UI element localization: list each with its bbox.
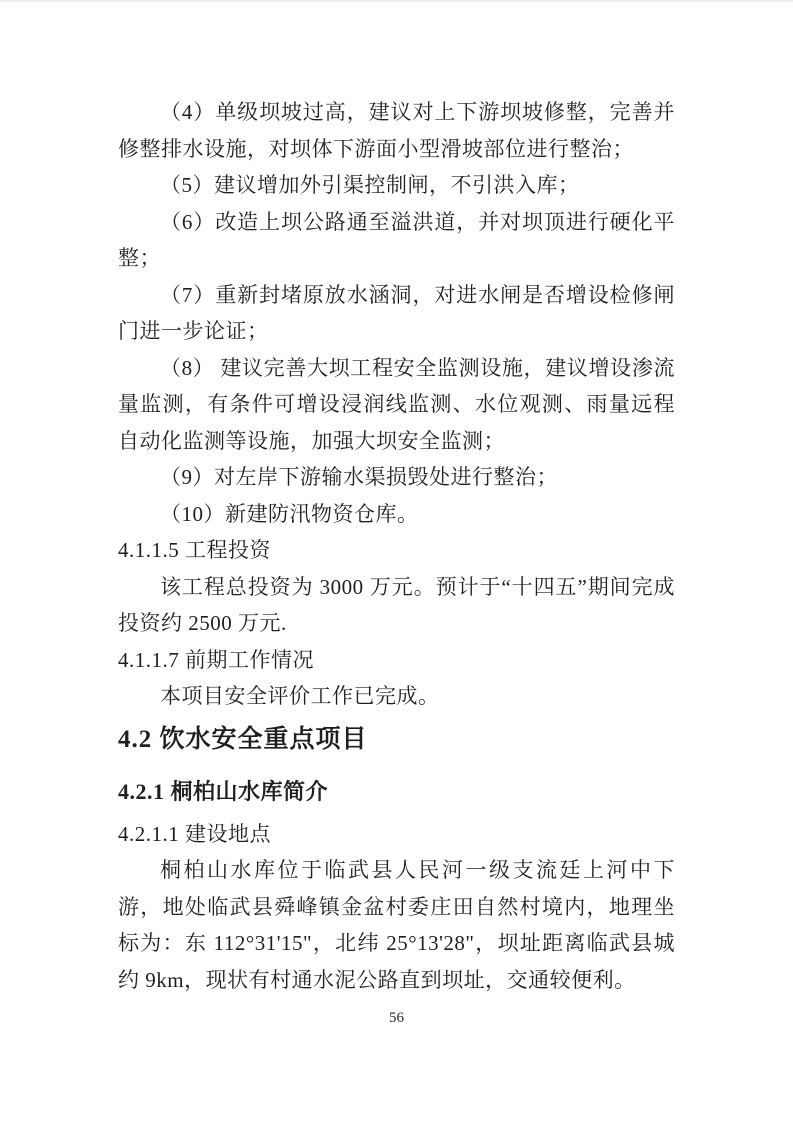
page-content: （4）单级坝坡过高，建议对上下游坝坡修整，完善并修整排水设施，对坝体下游面小型滑… <box>118 94 675 998</box>
paragraph-location: 桐柏山水库位于临武县人民河一级支流廷上河中下游，地处临武县舜峰镇金盆村委庄田自然… <box>118 852 675 998</box>
list-item-10: （10）新建防汛物资仓库。 <box>118 496 675 533</box>
document-page: （4）单级坝坡过高，建议对上下游坝坡修整，完善并修整排水设施，对坝体下游面小型滑… <box>0 0 793 1122</box>
heading-4-1-1-7: 4.1.1.7 前期工作情况 <box>118 642 675 679</box>
list-item-9: （9）对左岸下游输水渠损毁处进行整治； <box>118 459 675 496</box>
list-item-8: （8） 建议完善大坝工程安全监测设施，建议增设渗流量监测，有条件可增设浸润线监测… <box>118 350 675 460</box>
list-item-5: （5）建议增加外引渠控制闸，不引洪入库； <box>118 167 675 204</box>
heading-4-1-1-5: 4.1.1.5 工程投资 <box>118 532 675 569</box>
heading-4-2-1: 4.2.1 桐柏山水库简介 <box>118 771 675 813</box>
heading-4-2: 4.2 饮水安全重点项目 <box>118 717 675 763</box>
list-item-7: （7）重新封堵原放水涵洞，对进水闸是否增设检修闸门进一步论证； <box>118 277 675 350</box>
paragraph-investment: 该工程总投资为 3000 万元。预计于“十四五”期间完成投资约 2500 万元. <box>118 569 675 642</box>
list-item-6: （6）改造上坝公路通至溢洪道，并对坝顶进行硬化平整； <box>118 204 675 277</box>
list-item-4: （4）单级坝坡过高，建议对上下游坝坡修整，完善并修整排水设施，对坝体下游面小型滑… <box>118 94 675 167</box>
paragraph-preliminary-work: 本项目安全评价工作已完成。 <box>118 678 675 715</box>
page-number: 56 <box>0 1010 793 1027</box>
heading-4-2-1-1: 4.2.1.1 建设地点 <box>118 816 675 853</box>
